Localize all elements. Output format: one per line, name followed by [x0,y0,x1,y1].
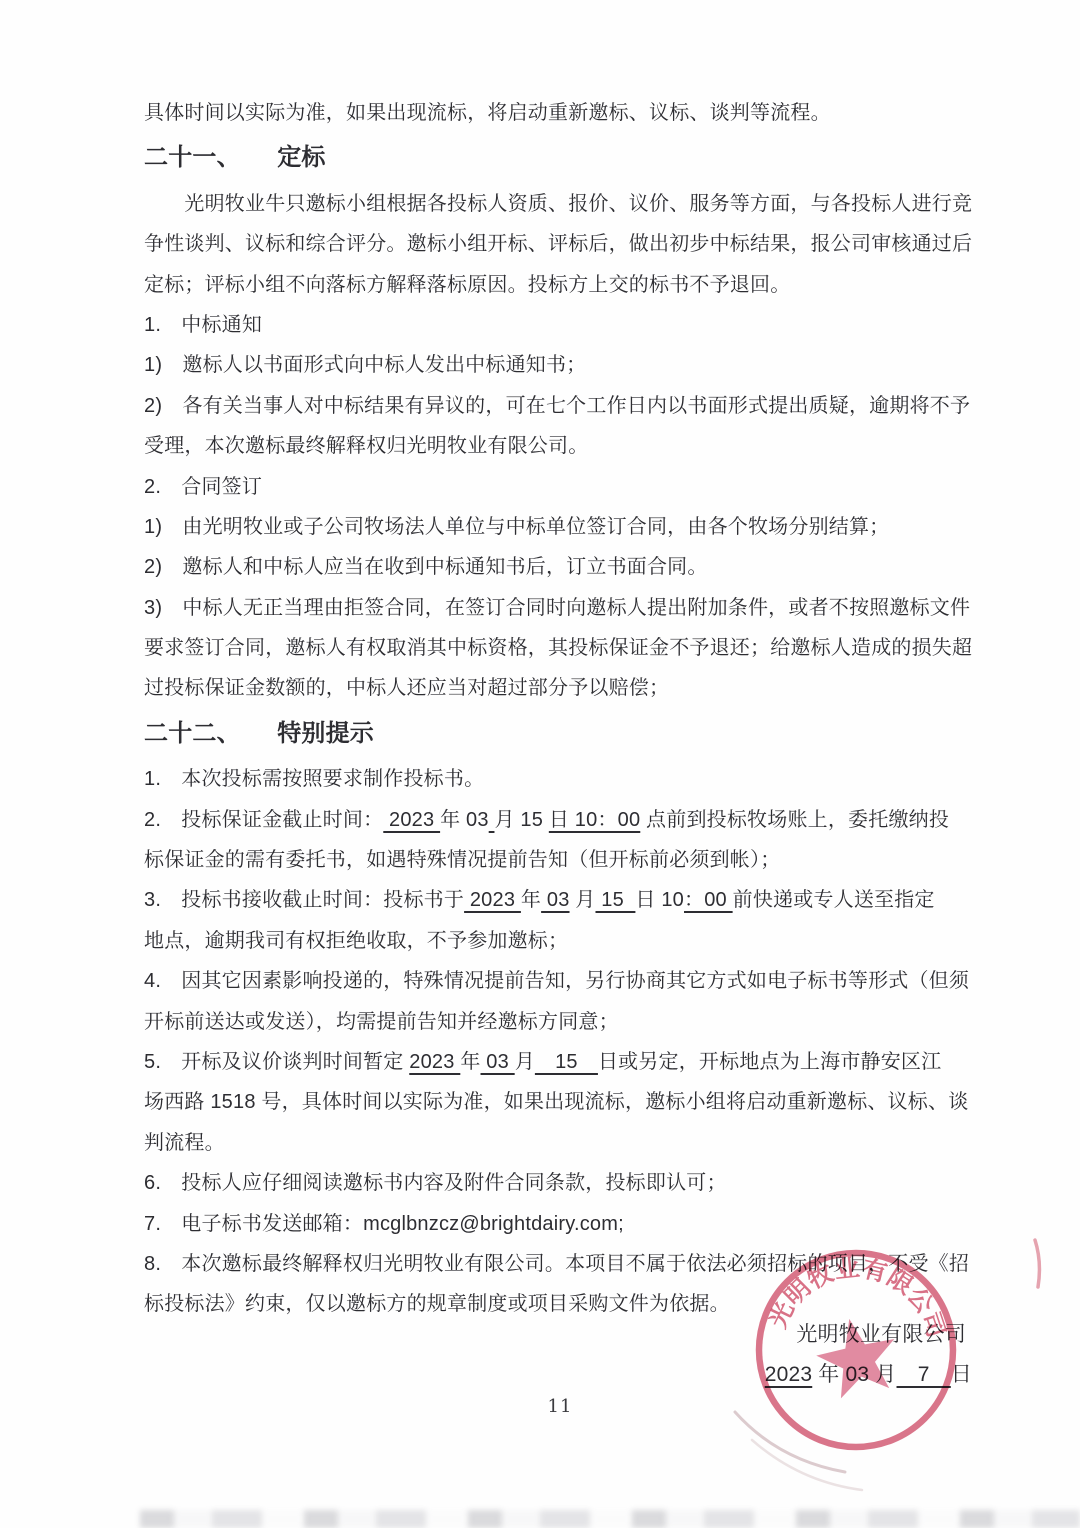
scanned-document-page: 具体时间以实际为准，如果出现流标，将启动重新邀标、议标、谈判等流程。二十一、 定… [0,0,1080,1528]
company-seal-stamp: 光明牧业有限公司 [746,1246,968,1458]
scan-bottom-edge [140,1510,1080,1528]
text-line: 2. 合同签订 [144,467,972,507]
text-line: 判流程。 [144,1123,972,1163]
text-line: 4. 因其它因素影响投递的，特殊情况提前告知，另行协商其它方式如电子标书等形式（… [144,961,972,1001]
text-line: 场西路 1518 号，具体时间以实际为准，如果出现流标，邀标小组将启动重新邀标、… [144,1082,972,1122]
text-line: 6. 投标人应仔细阅读邀标书内容及附件合同条款，投标即认可； [144,1163,972,1203]
text-line: 3. 投标书接收截止时间：投标书于 2023 年 03 月 15 日 10：00… [144,880,972,920]
text-line: 定标；评标小组不向落标方解释落标原因。投标方上交的标书不予退回。 [144,265,972,305]
text-line: 1. 中标通知 [144,305,972,345]
stray-red-stroke [1035,1240,1039,1287]
text-line: 2) 各有关当事人对中标结果有异议的，可在七个工作日内以书面形式提出质疑，逾期将… [144,386,972,426]
section-heading: 二十一、 定标 [144,138,972,178]
text-line: 标保证金的需有委托书，如遇特殊情况提前告知（但开标前必须到帐）； [144,840,972,880]
text-line: 1. 本次投标需按照要求制作投标书。 [144,759,972,799]
seal-arc-text: 光明牧业有限公司 [765,1254,950,1341]
text-line: 具体时间以实际为准，如果出现流标，将启动重新邀标、议标、谈判等流程。 [144,93,972,133]
document-lines: 具体时间以实际为准，如果出现流标，将启动重新邀标、议标、谈判等流程。二十一、 定… [144,93,972,1396]
text-line: 2) 邀标人和中标人应当在收到中标通知书后，订立书面合同。 [144,547,972,587]
section-heading: 二十二、 特别提示 [144,714,972,754]
text-line: 1) 由光明牧业或子公司牧场法人单位与中标单位签订合同，由各个牧场分别结算； [144,507,972,547]
text-line: 争性谈判、议标和综合评分。邀标小组开标、评标后，做出初步中标结果，报公司审核通过… [144,224,972,264]
text-line: 受理，本次邀标最终解释权归光明牧业有限公司。 [144,426,972,466]
text-line: 光明牧业牛只邀标小组根据各投标人资质、报价、议价、服务等方面，与各投标人进行竞 [144,184,972,224]
text-line: 1) 邀标人以书面形式向中标人发出中标通知书； [144,345,972,385]
text-line: 3) 中标人无正当理由拒签合同，在签订合同时向邀标人提出附加条件，或者不按照邀标… [144,588,972,628]
text-line: 地点，逾期我司有权拒绝收取，不予参加邀标； [144,921,972,961]
text-line: 2. 投标保证金截止时间： 2023 年 03 月 15 日 10：00 点前到… [144,800,972,840]
page-number: 11 [538,1396,582,1417]
seal-star-icon [810,1311,904,1402]
text-line: 过投标保证金数额的，中标人还应当对超过部分予以赔偿； [144,668,972,708]
text-line: 5. 开标及议价谈判时间暂定 2023 年 03 月 15 日或另定，开标地点为… [144,1042,972,1082]
text-line: 开标前送达或发送），均需提前告知并经邀标方同意； [144,1002,972,1042]
text-line: 要求签订合同，邀标人有权取消其中标资格，其投标保证金不予退还；给邀标人造成的损失… [144,628,972,668]
text-line: 7. 电子标书发送邮箱：mcglbnzcz@brightdairy.com; [144,1204,972,1244]
